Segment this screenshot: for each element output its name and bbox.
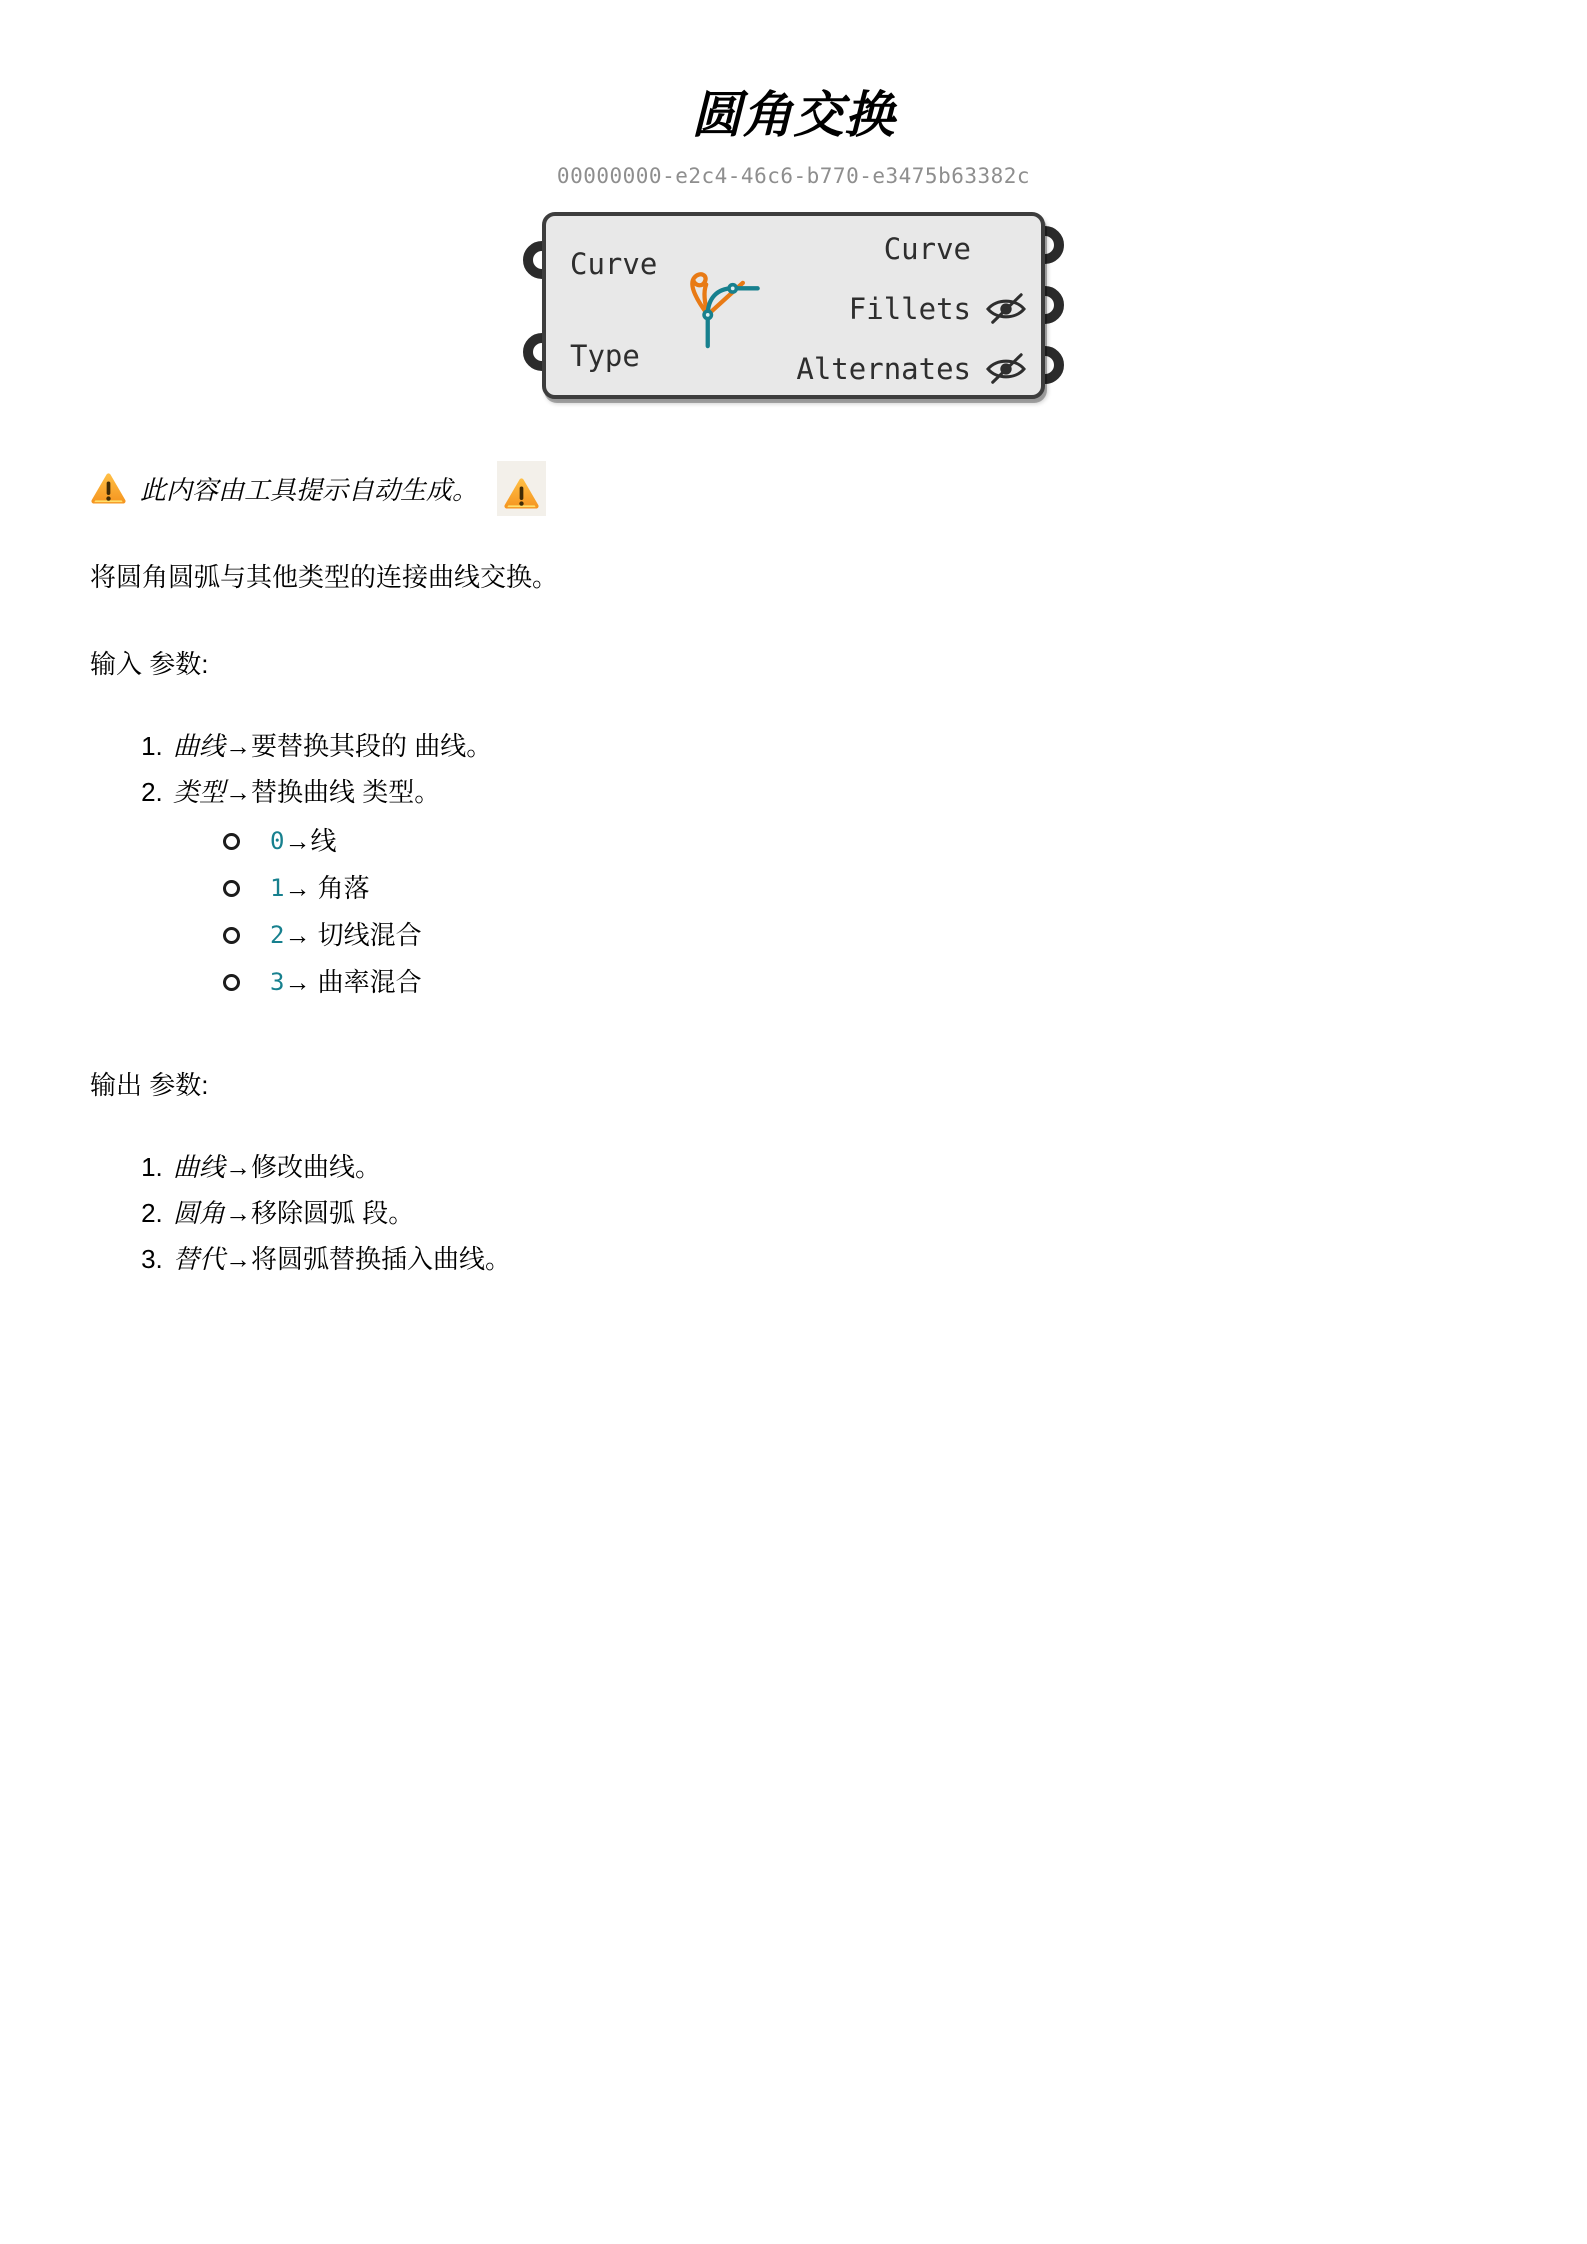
input-label-type: Type xyxy=(570,338,640,374)
circle-bullet-icon xyxy=(223,927,240,944)
output-param-item: 圆角→移除圆弧 段。 xyxy=(170,1193,1497,1233)
option-label: →线 xyxy=(284,822,336,861)
type-option: 2→ 切线混合 xyxy=(223,916,1497,955)
component-figure: Curve Type xyxy=(90,212,1497,399)
output-icon-slot xyxy=(983,231,1029,267)
param-name: 曲线 xyxy=(173,731,225,761)
type-option: 1→ 角落 xyxy=(223,869,1497,908)
input-params-list: 曲线→要替换其段的 曲线。 类型→替换曲线 类型。 0→线 1→ 角落 2→ 切… xyxy=(90,726,1497,1002)
component-guid: 00000000-e2c4-46c6-b770-e3475b63382c xyxy=(90,164,1497,188)
param-desc: →将圆弧替换插入曲线。 xyxy=(225,1244,511,1274)
output-label-fillets: Fillets xyxy=(849,291,971,327)
component-body: Curve Type xyxy=(542,212,1045,399)
circle-bullet-icon xyxy=(223,974,240,991)
option-label: → 角落 xyxy=(284,869,369,908)
output-row-fillets: Fillets xyxy=(849,290,1029,328)
option-label: → 曲率混合 xyxy=(284,963,421,1002)
param-name: 圆角 xyxy=(173,1198,225,1228)
type-options-list: 0→线 1→ 角落 2→ 切线混合 3→ 曲率混合 xyxy=(173,822,1497,1002)
param-name: 类型 xyxy=(173,777,225,807)
output-params-list: 曲线→修改曲线。 圆角→移除圆弧 段。 替代→将圆弧替换插入曲线。 xyxy=(90,1147,1497,1279)
option-code: 1 xyxy=(270,869,284,908)
type-option: 3→ 曲率混合 xyxy=(223,963,1497,1002)
warning-icon xyxy=(90,472,127,505)
document-page: 圆角交换 00000000-e2c4-46c6-b770-e3475b63382… xyxy=(0,90,1587,1279)
param-name: 曲线 xyxy=(173,1152,225,1182)
option-code: 2 xyxy=(270,916,284,955)
circle-bullet-icon xyxy=(223,880,240,897)
warning-icon xyxy=(503,477,540,510)
hidden-preview-icon xyxy=(983,351,1029,387)
output-label-alternates: Alternates xyxy=(796,351,971,387)
input-param-item: 曲线→要替换其段的 曲线。 xyxy=(170,726,1497,766)
param-desc: →修改曲线。 xyxy=(225,1152,381,1182)
param-desc: →移除圆弧 段。 xyxy=(225,1198,414,1228)
input-param-item: 类型→替换曲线 类型。 0→线 1→ 角落 2→ 切线混合 3→ 曲率混合 xyxy=(170,772,1497,1002)
param-desc: →要替换其段的 曲线。 xyxy=(225,731,492,761)
circle-bullet-icon xyxy=(223,833,240,850)
option-code: 3 xyxy=(270,963,284,1002)
component-description: 将圆角圆弧与其他类型的连接曲线交换。 xyxy=(90,560,1497,595)
option-code: 0 xyxy=(270,822,284,861)
grasshopper-component: Curve Type xyxy=(542,212,1045,399)
type-option: 0→线 xyxy=(223,822,1497,861)
notice-text: 此内容由工具提示自动生成。 xyxy=(140,470,478,507)
warning-icon-boxed xyxy=(497,461,546,516)
output-param-item: 替代→将圆弧替换插入曲线。 xyxy=(170,1239,1497,1279)
output-label-curve: Curve xyxy=(884,231,971,267)
output-param-item: 曲线→修改曲线。 xyxy=(170,1147,1497,1187)
param-desc: →替换曲线 类型。 xyxy=(225,777,440,807)
outputs-heading: 输出 参数: xyxy=(90,1068,1497,1103)
hidden-preview-icon xyxy=(983,291,1029,327)
component-icon xyxy=(682,268,760,350)
output-row-curve: Curve xyxy=(884,230,1029,268)
output-row-alternates: Alternates xyxy=(796,350,1029,388)
param-name: 替代 xyxy=(173,1244,225,1274)
inputs-heading: 输入 参数: xyxy=(90,647,1497,682)
page-title: 圆角交换 xyxy=(90,90,1497,140)
input-label-curve: Curve xyxy=(570,246,657,282)
option-label: → 切线混合 xyxy=(284,916,421,955)
auto-generated-notice: 此内容由工具提示自动生成。 xyxy=(90,461,1497,516)
